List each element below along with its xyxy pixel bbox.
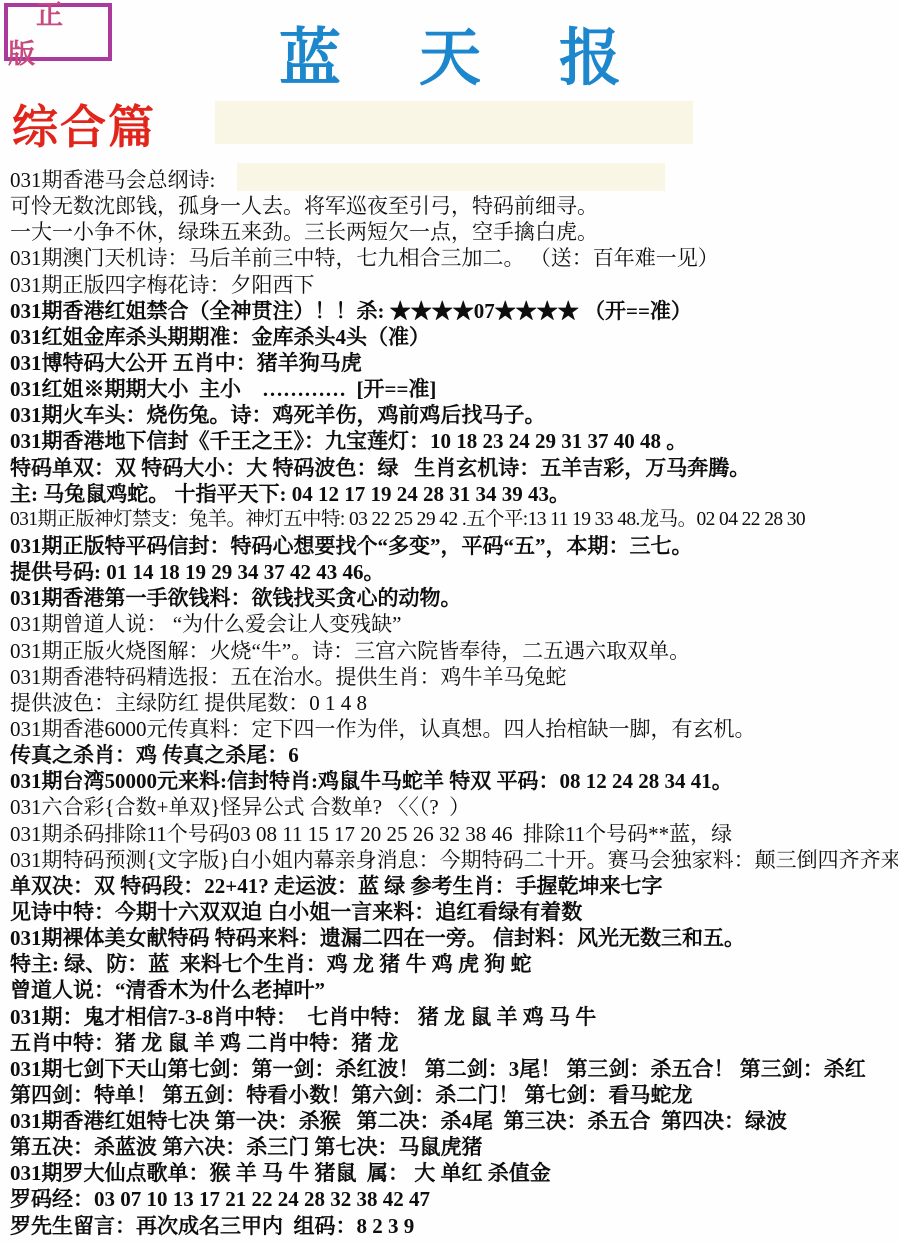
- report-line: 031期澳门天机诗：马后羊前三中特，七九相合三加二。 （送：百年难一见）: [10, 245, 898, 271]
- report-line: 031期香港第一手欲钱料：欲钱找买贪心的动物。: [10, 585, 898, 611]
- report-line: 031期香港6000元传真料：定下四一作为伴，认真想。四人抬棺缺一脚，有玄机。: [10, 716, 898, 742]
- report-line: 031博特码大公开 五肖中：猪羊狗马虎: [10, 350, 898, 376]
- stamp-label: 正版: [8, 0, 108, 71]
- report-line: 031期台湾50000元来料:信封特肖:鸡鼠牛马蛇羊 特双 平码：08 12 2…: [10, 768, 898, 794]
- report-line: 031期火车头：烧伤兔。诗：鸡死羊伤，鸡前鸡后找马子。: [10, 402, 898, 428]
- report-line: 031期正版特平码信封：特码心想要找个“多变”，平码“五”，本期：三七。: [10, 533, 898, 559]
- report-line: 031期裸体美女献特码 特码来料：遗漏二四在一旁。 信封料：风光无数三和五。: [10, 925, 898, 951]
- report-line: 031期正版四字梅花诗：夕阳西下: [10, 272, 898, 298]
- report-line: 罗先生留言：再次成名三甲内 组码：8 2 3 9: [10, 1213, 898, 1239]
- report-line: 031红姐※期期大小 主小 ………… [开==准]: [10, 376, 898, 402]
- report-line: 一大一小争不休，绿珠五来劲。三长两短欠一点，空手擒白虎。: [10, 219, 898, 245]
- report-line: 031期罗大仙点歌单：猴 羊 马 牛 猪鼠 属： 大 单红 杀值金: [10, 1160, 898, 1186]
- report-line: 主: 马兔鼠鸡蛇。 十指平天下: 04 12 17 19 24 28 31 34…: [10, 481, 898, 507]
- report-line: 031期香港红姐禁合（全神贯注）！！杀: ★★★★07★★★★ （开==准）: [10, 298, 898, 324]
- report-line: 罗码经：03 07 10 13 17 21 22 24 28 32 38 42 …: [10, 1186, 898, 1212]
- report-line: 031期七剑下天山第七剑：第一剑：杀红波！ 第二剑：3尾！ 第三剑：杀五合！ 第…: [10, 1056, 898, 1082]
- authentic-edition-stamp: 正版: [4, 3, 112, 61]
- report-line: 031期香港马会总纲诗:: [10, 167, 898, 193]
- report-line: 见诗中特：今期十六双双迫 白小姐一言来料：追红看绿有着数: [10, 899, 898, 925]
- report-line: 第四剑：特单！ 第五剑：特看小数！第六剑：杀二门！ 第七剑：看马蛇龙: [10, 1082, 898, 1108]
- report-line: 提供号码: 01 14 18 19 29 34 37 42 43 46。: [10, 559, 898, 585]
- report-body: 031期香港马会总纲诗:可怜无数沈郎钱，孤身一人去。将军巡夜至引弓，特码前细寻。…: [10, 167, 898, 1239]
- report-line: 特主: 绿、防：蓝 来料七个生肖：鸡 龙 猪 牛 鸡 虎 狗 蛇: [10, 951, 898, 977]
- report-line: 第五决：杀蓝波 第六决：杀三门 第七决：马鼠虎猪: [10, 1134, 898, 1160]
- report-line: 031期曾道人说： “为什么爱会让人变残缺”: [10, 611, 898, 637]
- report-line: 031期正版神灯禁支：兔羊。神灯五中特: 03 22 25 29 42 .五个平…: [10, 507, 898, 533]
- report-line: 可怜无数沈郎钱，孤身一人去。将军巡夜至引弓，特码前细寻。: [10, 193, 898, 219]
- report-line: 031期正版火烧图解：火烧“牛”。诗：三宫六院皆奉待，二五遇六取双单。: [10, 638, 898, 664]
- report-line: 031期特码预测{文字版}白小姐内幕亲身消息：今期特码二十开。赛马会独家料：颠三…: [10, 847, 898, 873]
- report-line: 单双决：双 特码段：22+41? 走运波：蓝 绿 参考生肖：手握乾坤来七字: [10, 873, 898, 899]
- report-line: 提供波色：主绿防红 提供尾数：0 1 4 8: [10, 690, 898, 716]
- report-line: 曾道人说：“清香木为什么老掉叶”: [10, 977, 898, 1003]
- report-line: 031期香港红姐特七决 第一决：杀猴 第二决：杀4尾 第三决：杀五合 第四决：绿…: [10, 1108, 898, 1134]
- report-line: 031六合彩{合数+单双}怪异公式 合数单? 〈〈（? ）: [10, 794, 898, 820]
- highlight-band-top: [215, 101, 693, 144]
- report-line: 传真之杀肖：鸡 传真之杀尾：6: [10, 742, 898, 768]
- report-line: 031期香港特码精选报：五在治水。提供生肖：鸡牛羊马兔蛇: [10, 664, 898, 690]
- report-line: 031期杀码排除11个号码03 08 11 15 17 20 25 26 32 …: [10, 821, 898, 847]
- newspaper-page: 正版 蓝天报 综合篇 031期香港马会总纲诗:可怜无数沈郎钱，孤身一人去。将军巡…: [0, 0, 900, 1243]
- section-title: 综合篇: [12, 91, 156, 157]
- report-line: 五肖中特：猪 龙 鼠 羊 鸡 二肖中特：猪 龙: [10, 1030, 898, 1056]
- report-line: 031期香港地下信封《千王之王》：九宝莲灯：10 18 23 24 29 31 …: [10, 428, 898, 454]
- report-line: 特码单双：双 特码大小：大 特码波色：绿 生肖玄机诗：五羊吉彩，万马奔腾。: [10, 455, 898, 481]
- newspaper-title: 蓝天报: [0, 8, 900, 97]
- report-line: 031期：鬼才相信7-3-8肖中特： 七肖中特： 猪 龙 鼠 羊 鸡 马 牛: [10, 1004, 898, 1030]
- report-line: 031红姐金库杀头期期准：金库杀头4头（准）: [10, 324, 898, 350]
